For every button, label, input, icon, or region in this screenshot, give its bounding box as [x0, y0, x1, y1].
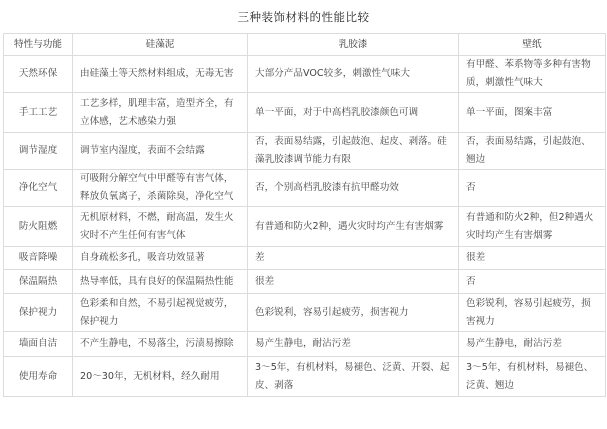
feature-cell: 调节湿度 [4, 133, 73, 170]
wallpaper-cell: 否，表面易结露，引起鼓泡、翘边 [459, 133, 606, 170]
diatom-mud-cell: 不产生静电，不易落尘，污渍易擦除 [73, 332, 248, 357]
wallpaper-cell: 单一平面，图案丰富 [459, 93, 606, 133]
wallpaper-cell: 易产生静电，耐沾污差 [459, 332, 606, 357]
diatom-mud-cell: 无机原材料，不燃，耐高温，发生火灾时不产生任何有害气体 [73, 207, 248, 247]
latex-paint-cell: 否，个别高档乳胶漆有抗甲醛功效 [248, 170, 459, 207]
feature-cell: 使用寿命 [4, 357, 73, 397]
header-wallpaper: 壁纸 [459, 34, 606, 56]
diatom-mud-cell: 热导率低，具有良好的保温隔热性能 [73, 270, 248, 294]
table-row: 调节湿度 调节室内湿度，表面不会结露 否，表面易结露，引起鼓泡、起皮、剥落。硅藻… [4, 133, 606, 170]
diatom-mud-cell: 工艺多样，肌理丰富，造型齐全，有立体感，艺术感染力强 [73, 93, 248, 133]
table-row: 净化空气 可吸附分解空气中甲醛等有害气体，释放负氧离子，杀菌除臭，净化空气 否，… [4, 170, 606, 207]
table-row: 保护视力 色彩柔和自然，不易引起视觉疲劳，保护视力 色彩锐利，容易引起疲劳，损害… [4, 294, 606, 332]
table-header-row: 特性与功能 硅藻泥 乳胶漆 壁纸 [4, 34, 606, 56]
table-row: 手工工艺 工艺多样，肌理丰富，造型齐全，有立体感，艺术感染力强 单一平面，对于中… [4, 93, 606, 133]
latex-paint-cell: 大部分产品VOC较多，刺激性气味大 [248, 56, 459, 93]
wallpaper-cell: 否 [459, 270, 606, 294]
feature-cell: 防火阻燃 [4, 207, 73, 247]
feature-cell: 手工工艺 [4, 93, 73, 133]
wallpaper-cell: 有普通和防火2种，但2种遇火灾时均产生有害烟雾 [459, 207, 606, 247]
wallpaper-cell: 否 [459, 170, 606, 207]
wallpaper-cell: 色彩锐利，容易引起疲劳，损害视力 [459, 294, 606, 332]
diatom-mud-cell: 自身疏松多孔，吸音功效显著 [73, 247, 248, 270]
wallpaper-cell: 有甲醛、苯系物等多种有害物质，刺激性气味大 [459, 56, 606, 93]
feature-cell: 吸音降噪 [4, 247, 73, 270]
latex-paint-cell: 单一平面，对于中高档乳胶漆颜色可调 [248, 93, 459, 133]
feature-cell: 墙面自洁 [4, 332, 73, 357]
page-title: 三种装饰材料的性能比较 [0, 9, 607, 25]
latex-paint-cell: 易产生静电，耐沾污差 [248, 332, 459, 357]
diatom-mud-cell: 可吸附分解空气中甲醛等有害气体，释放负氧离子，杀菌除臭，净化空气 [73, 170, 248, 207]
latex-paint-cell: 有普通和防火2种，遇火灾时均产生有害烟雾 [248, 207, 459, 247]
feature-cell: 天然环保 [4, 56, 73, 93]
wallpaper-cell: 3～5年，有机材料，易褪色、泛黄、翘边 [459, 357, 606, 397]
table-row: 天然环保 由硅藻土等天然材料组成，无毒无害 大部分产品VOC较多，刺激性气味大 … [4, 56, 606, 93]
diatom-mud-cell: 20～30年，无机材料，经久耐用 [73, 357, 248, 397]
comparison-table: 特性与功能 硅藻泥 乳胶漆 壁纸 天然环保 由硅藻土等天然材料组成，无毒无害 大… [3, 33, 606, 397]
latex-paint-cell: 很差 [248, 270, 459, 294]
diatom-mud-cell: 由硅藻土等天然材料组成，无毒无害 [73, 56, 248, 93]
wallpaper-cell: 很差 [459, 247, 606, 270]
feature-cell: 净化空气 [4, 170, 73, 207]
latex-paint-cell: 否，表面易结露，引起鼓泡、起皮、剥落。硅藻乳胶漆调节能力有限 [248, 133, 459, 170]
diatom-mud-cell: 调节室内湿度，表面不会结露 [73, 133, 248, 170]
header-feature: 特性与功能 [4, 34, 73, 56]
table-row: 墙面自洁 不产生静电，不易落尘，污渍易擦除 易产生静电，耐沾污差 易产生静电，耐… [4, 332, 606, 357]
table-row: 使用寿命 20～30年，无机材料，经久耐用 3～5年，有机材料，易褪色、泛黄、开… [4, 357, 606, 397]
table-row: 吸音降噪 自身疏松多孔，吸音功效显著 差 很差 [4, 247, 606, 270]
table-row: 防火阻燃 无机原材料，不燃，耐高温，发生火灾时不产生任何有害气体 有普通和防火2… [4, 207, 606, 247]
header-latex-paint: 乳胶漆 [248, 34, 459, 56]
table-row: 保温隔热 热导率低，具有良好的保温隔热性能 很差 否 [4, 270, 606, 294]
feature-cell: 保护视力 [4, 294, 73, 332]
latex-paint-cell: 差 [248, 247, 459, 270]
diatom-mud-cell: 色彩柔和自然，不易引起视觉疲劳，保护视力 [73, 294, 248, 332]
header-diatom-mud: 硅藻泥 [73, 34, 248, 56]
latex-paint-cell: 色彩锐利，容易引起疲劳，损害视力 [248, 294, 459, 332]
feature-cell: 保温隔热 [4, 270, 73, 294]
latex-paint-cell: 3～5年，有机材料，易褪色、泛黄、开裂、起皮、剥落 [248, 357, 459, 397]
